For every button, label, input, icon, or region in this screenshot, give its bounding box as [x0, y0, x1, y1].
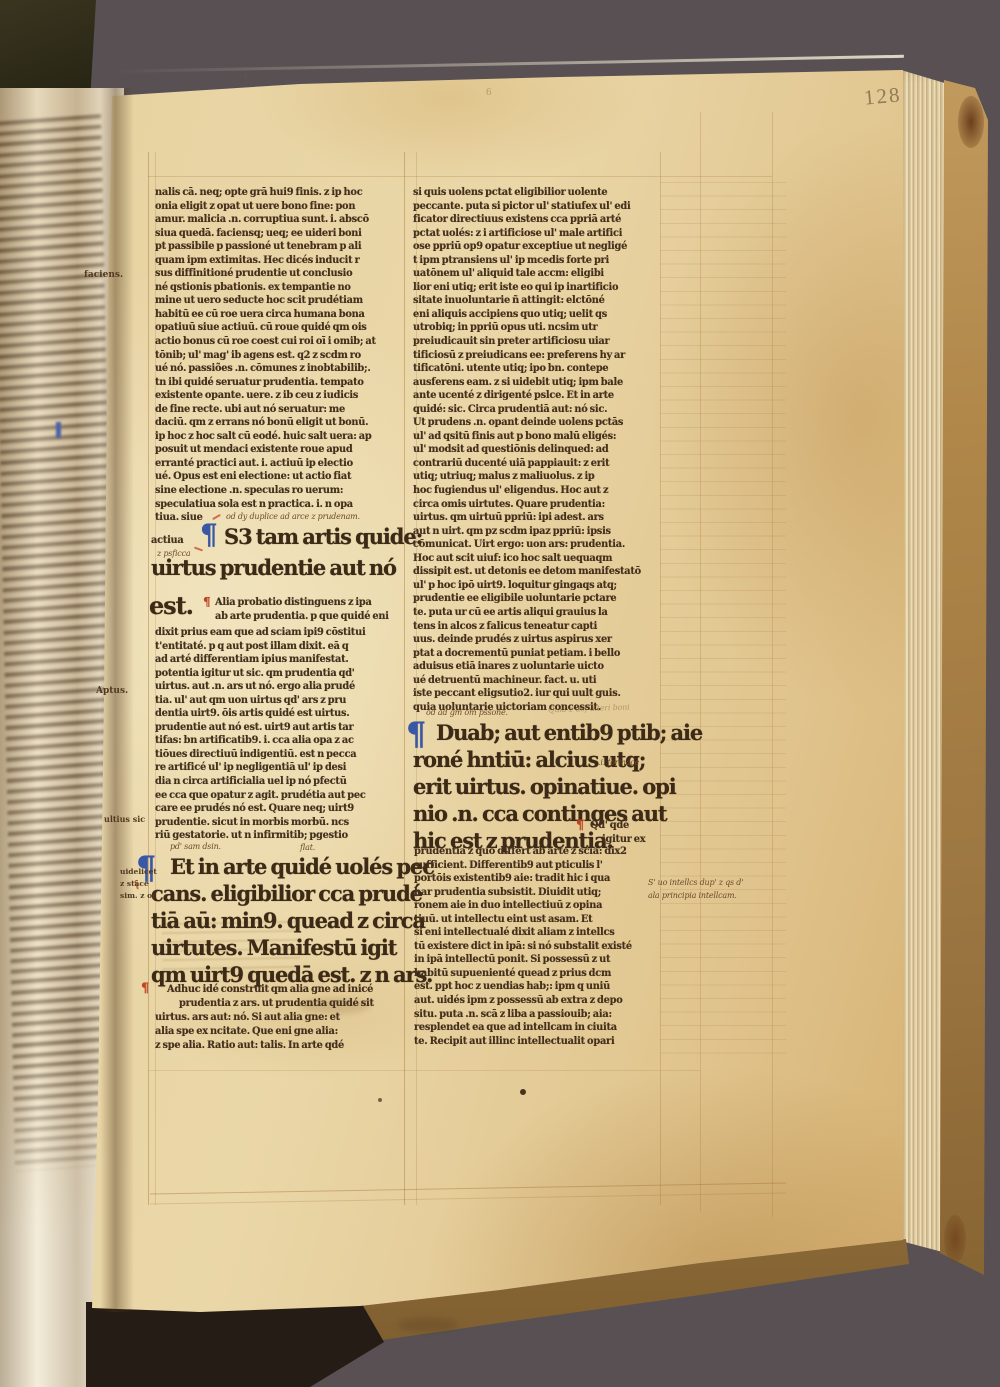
margin-ruling-grid: [660, 182, 786, 1062]
stain-smudge: [398, 1318, 458, 1332]
blue-paraph-icon: ¶: [406, 715, 426, 753]
marginal-note-aptus: Aptus.: [96, 686, 128, 696]
quire-signature-mark: 6: [486, 86, 492, 98]
ruling-line-vertical: [404, 152, 405, 1205]
interlinear-gloss: flat.: [300, 843, 315, 852]
commentary-indent-line: ab arte prudentia. p que quidé eni: [215, 610, 389, 624]
ruling-line-horizontal: [148, 176, 772, 177]
manuscript-photo: 128 c 6 nalis cā. neq; opte grā hui9 fin…: [0, 0, 1000, 1387]
marginal-note-tiny: uidelicet z stãce sim. z oc: [120, 866, 157, 902]
blue-paraph-icon: ¶: [200, 518, 218, 551]
commentary-line: z spe alia. Ratio aut: talis. In arte qd…: [155, 1039, 344, 1053]
commentary-line: uirtus. ars aut: nó. Si aut alia gne: et: [155, 1011, 340, 1025]
marginal-note-ultius: ultius sic: [104, 814, 145, 824]
interlinear-gloss: od dy duplice ad arce z prudenam.: [226, 512, 360, 521]
commentary-line: Adhuc idé construit qm alia gne ad inicé: [167, 983, 373, 997]
red-paraph-icon: ¶: [576, 818, 584, 833]
interlinear-gloss: z psficca: [157, 549, 190, 558]
folio-number: 128: [863, 82, 903, 110]
binding-rust-spot: [944, 1215, 966, 1263]
lemma-line: est.: [149, 591, 193, 620]
interlinear-gloss: .i. formace: [598, 758, 639, 767]
red-paraph-icon: ¶: [203, 595, 211, 609]
ruling-line-horizontal: [148, 1070, 700, 1071]
ink-spot: [520, 1089, 526, 1095]
lemma-line: cans. eligibilior cca prudé: [151, 881, 422, 906]
ruling-line-vertical: [148, 152, 149, 1205]
red-paraph-icon: ¶: [141, 981, 149, 996]
interlinear-gloss: od ad gm om pssone.: [426, 708, 508, 717]
right-column-commentary-block-g: prudentia z quo differt ab arte z scia: …: [414, 845, 632, 1048]
right-column-commentary-block-e: si quis uolens pctat eligibilior uolente…: [413, 186, 641, 714]
commentary-indent-line: Alia probatio distinguens z ipa: [215, 596, 372, 610]
lemma-line: S3 tam artis quide:: [224, 524, 422, 549]
lemma-line: Et in arte quidé uolés pec: [170, 854, 434, 879]
quire-signature-mark: c: [244, 70, 249, 82]
right-marginal-note: S' uo intellcs dup' z qs d' ala principi…: [648, 876, 743, 902]
marginal-note-faciens: faciens.: [84, 270, 123, 280]
commentary-inline-line: Qd' qdé: [590, 819, 629, 833]
left-column-commentary-block-b: dixit prius eam que ad sciam ipi9 cōstit…: [155, 626, 366, 843]
catch-word-actiua: actiua: [151, 534, 184, 548]
lemma-line: uirtus prudentie aut nó: [151, 555, 396, 580]
lemma-line: erit uirtus. opinatiue. opi: [413, 774, 676, 799]
interlinear-gloss: pd' sam dsin.: [170, 842, 221, 851]
lemma-line: uirtutes. Manifestū igit: [151, 935, 396, 960]
facing-page-blue-initial: [56, 422, 61, 438]
lemma-line: tiā aū: min9. quead z circa: [151, 908, 425, 933]
ink-spot: [378, 1098, 382, 1102]
left-column-commentary-block-a: nalis cā. neq; opte grā hui9 finis. z ip…: [155, 186, 376, 525]
binding-rust-spot: [958, 96, 984, 148]
lemma-line: Duab; aut entib9 ptib; aie: [436, 720, 702, 745]
commentary-line: alia spe ex ncitate. Que eni gne alia:: [155, 1025, 338, 1039]
leaf-top-edge-highlight: [112, 55, 904, 73]
commentary-line: prudentia z ars. ut prudentia quidé sit: [179, 997, 374, 1011]
